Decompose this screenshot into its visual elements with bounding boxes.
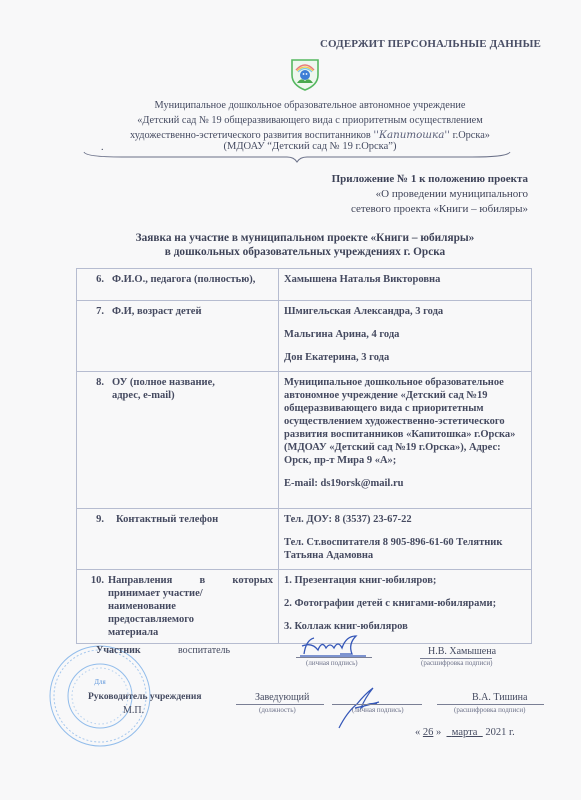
row-label: 10. Направления в которых принимает учас… [77,570,279,644]
appendix-line-2: «О проведении муниципального [290,187,528,202]
confidential-note: СОДЕРЖИТ ПЕРСОНАЛЬНЫЕ ДАННЫЕ [320,38,541,50]
brace-divider [82,148,512,164]
participant-label: Участник [96,645,141,656]
org-line-2: «Детский сад № 19 общеразвивающего вида … [90,114,530,129]
date-year: 2021 г. [485,727,514,738]
appendix-title: Приложение № 1 к положению проекта [290,172,528,187]
teacher-name: Хамышена Наталья Викторовна [284,273,526,286]
child-entry: Шмигельская Александра, 3 года [284,305,526,318]
row-number: 9. [82,513,104,526]
institution-email[interactable]: E-mail: ds19orsk@mail.ru [284,477,526,490]
participant-role: воспитатель [178,645,230,656]
participant-sign-caption: (личная подпись) [306,659,358,667]
row-value: Тел. ДОУ: 8 (3537) 23-67-22 Тел. Ст.восп… [279,509,532,570]
row-number: 6. [82,273,104,286]
org-line-1: Муниципальное дошкольное образовательное… [90,99,530,114]
stamp-text: Для [94,678,106,686]
row-label: 8.ОУ (полное название, адрес, e-mail) [77,372,279,509]
date-month-wrap: марта [447,727,483,738]
row-value: Шмигельская Александра, 3 года Мальгина … [279,301,532,372]
row-label: 7.Ф.И, возраст детей [77,301,279,372]
child-entry: Мальгина Арина, 4 года [284,328,526,341]
date-day: 26 [423,727,434,738]
document-title: Заявка на участие в муниципальном проект… [110,231,500,259]
head-position-caption: (должность) [259,706,296,714]
row-number: 7. [82,305,104,318]
row-label-text: Ф.И, возраст детей [112,306,202,317]
head-name: В.А. Тишина [472,692,527,703]
kindergarten-emblem-icon [289,57,321,91]
row-label-text: Направления в которых [108,574,273,587]
row-value: Муниципальное дошкольное образовательное… [279,372,532,509]
head-position: Заведующий [255,692,309,703]
seal-label: М.П. [123,705,144,716]
title-line-1: Заявка на участие в муниципальном проект… [110,231,500,245]
org-line-3-prefix: художественно-эстетического развития вос… [130,130,373,141]
table-row: 8.ОУ (полное название, адрес, e-mail) Му… [77,372,532,509]
row-label: 9.Контактный телефон [77,509,279,570]
material-item: 1. Презентация книг-юбиляров; [284,574,526,587]
row-value: Хамышена Наталья Викторовна [279,269,532,301]
participant-name-caption: (расшифровка подписи) [421,659,492,667]
org-brand-name: ''Капитошка'' [373,129,450,141]
table-row: 6.Ф.И.О., педагога (полностью), Хамышена… [77,269,532,301]
row-label-text-continued: принимает участие/наименование предостав… [108,587,226,639]
table-row: 9.Контактный телефон Тел. ДОУ: 8 (3537) … [77,509,532,570]
date-month: марта [452,727,478,738]
application-form-table: 6.Ф.И.О., педагога (полностью), Хамышена… [76,268,532,644]
child-entry: Дон Екатерина, 3 года [284,351,526,364]
table-row: 7.Ф.И, возраст детей Шмигельская Алексан… [77,301,532,372]
participant-name: Н.В. Хамышена [428,646,496,657]
row-label-text: Ф.И.О., педагога (полностью), [112,274,255,285]
phone-institution: Тел. ДОУ: 8 (3537) 23-67-22 [284,513,526,526]
head-name-line [437,704,544,705]
material-item: 2. Фотографии детей с книгами-юбилярами; [284,597,526,610]
row-label-text: Контактный телефон [116,514,218,525]
organization-name: Муниципальное дошкольное образовательное… [90,99,530,144]
head-position-line [236,704,324,705]
head-sign-caption: (личная подпись) [352,706,404,714]
row-label: 6.Ф.И.О., педагога (полностью), [77,269,279,301]
signature-date: « 26 » марта 2021 г. [415,727,515,738]
head-sign-line [332,704,422,705]
head-name-caption: (расшифровка подписи) [454,706,525,714]
org-line-3-suffix: г.Орска» [450,130,490,141]
appendix-line-3: сетевого проекта «Книги – юбиляры» [290,202,528,217]
row-label-text: ОУ (полное название, адрес, e-mail) [112,376,242,402]
phone-senior-teacher: Тел. Ст.воспитателя 8 905-896-61-60 Теля… [284,536,526,562]
participant-sign-line [296,657,372,658]
appendix-block: Приложение № 1 к положению проекта «О пр… [290,172,528,217]
title-line-2: в дошкольных образовательных учреждениях… [110,245,500,259]
institution-details: Муниципальное дошкольное образовательное… [284,376,526,467]
head-label: Руководитель учреждения [88,692,201,702]
row-number: 8. [82,376,104,389]
row-number: 10. [82,574,104,639]
